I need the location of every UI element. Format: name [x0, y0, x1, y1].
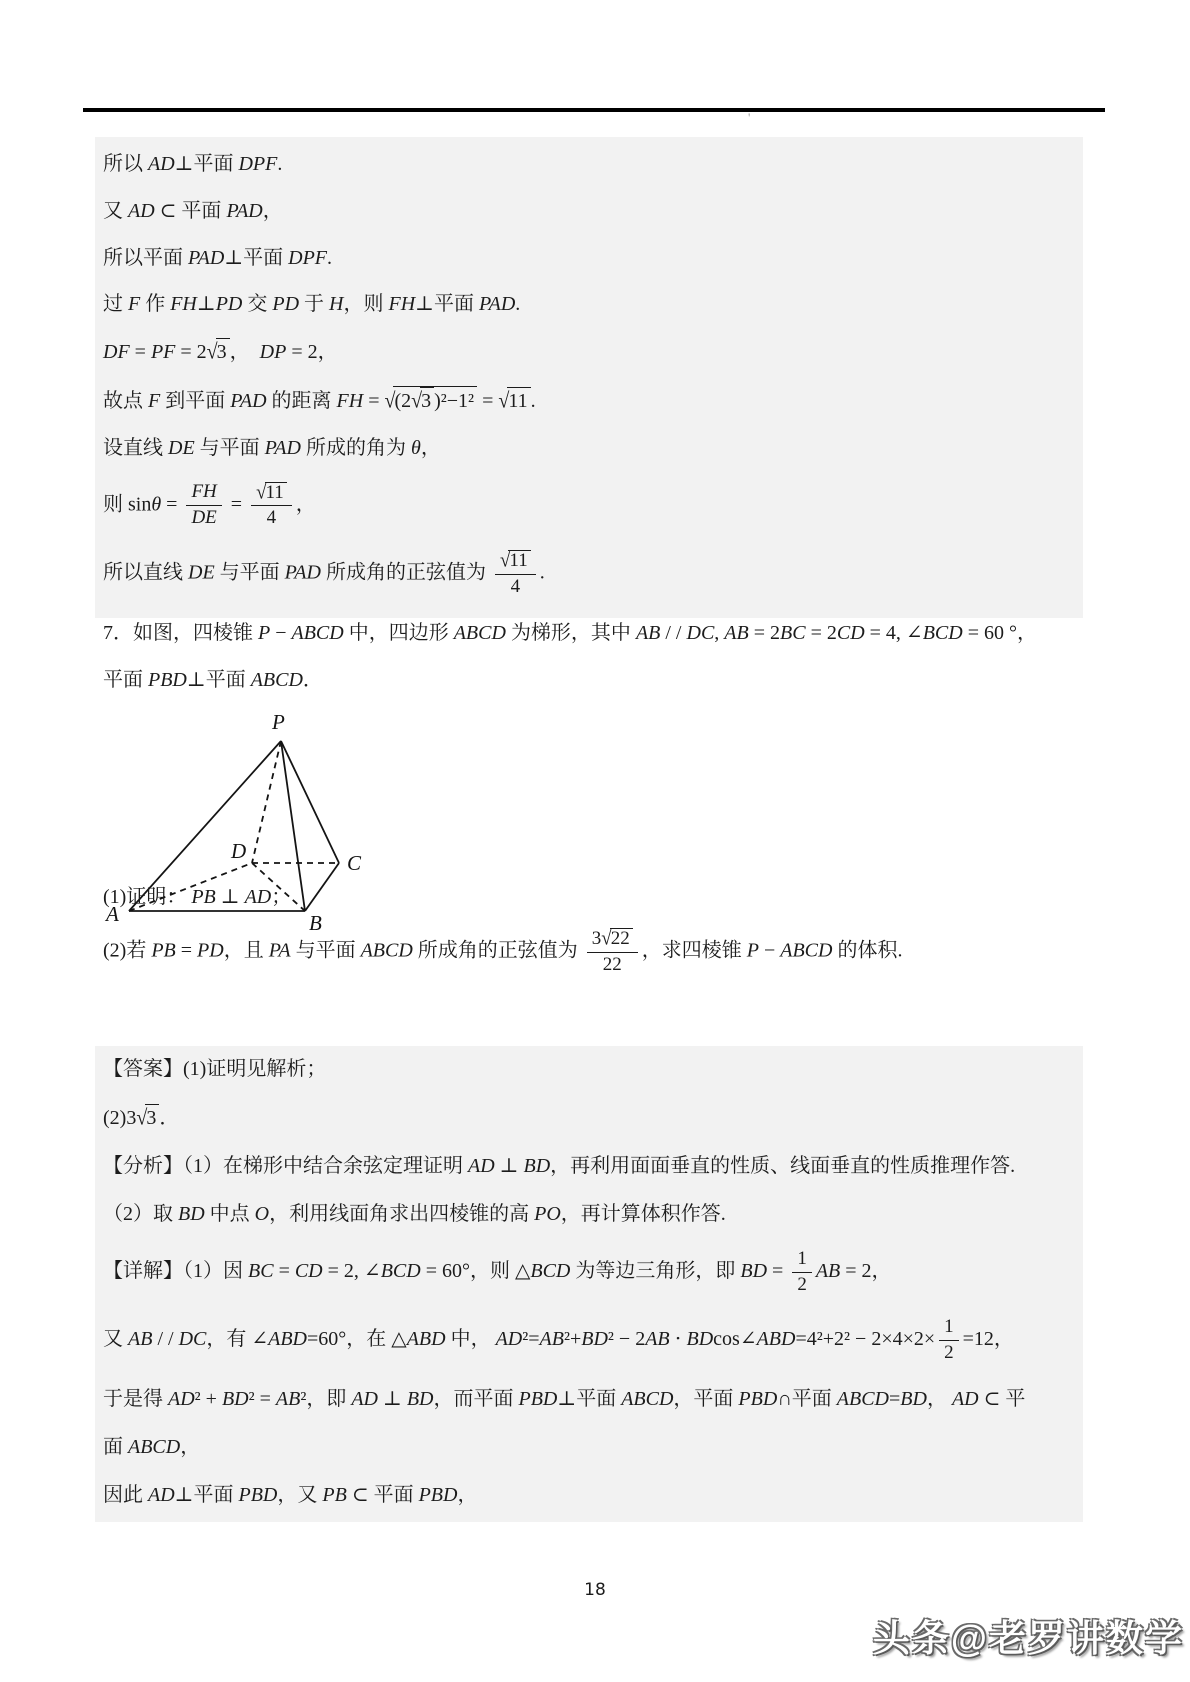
solution-line: 故点 F 到平面 PAD 的距离 FH = √(2√3)²−1² = √11.	[103, 386, 1073, 414]
solution-line: 所以 AD⊥平面 DPF.	[103, 151, 1073, 177]
edge-BC	[305, 863, 339, 911]
vertex-label-p: P	[271, 710, 285, 734]
stray-mark: '	[748, 110, 750, 126]
previous-solution-block: 所以 AD⊥平面 DPF. 又 AD ⊂ 平面 PAD， 所以平面 PAD⊥平面…	[95, 137, 1083, 618]
solution-line: 则 sinθ = FHDE = √114，	[103, 482, 1073, 530]
solution-line: DF = PF = 2√3， DP = 2，	[103, 338, 1073, 365]
question-part1: (1)证明： PB ⊥ AD；	[103, 884, 291, 910]
edge-PD	[252, 741, 281, 863]
solution-line: 所以直线 DE 与平面 PAD 所成角的正弦值为 √114.	[103, 550, 1073, 598]
solution-line: 又 AD ⊂ 平面 PAD，	[103, 198, 1073, 224]
answer-line: 【答案】(1)证明见解析；	[103, 1056, 1073, 1082]
detail-line: 于是得 AD² + BD² = AB²，即 AD ⊥ BD，而平面 PBD⊥平面…	[103, 1386, 1073, 1412]
detail-line: 面 ABCD，	[103, 1434, 1073, 1460]
answer-block: 【答案】(1)证明见解析； (2)3√3． 【分析】（1）在梯形中结合余弦定理证…	[95, 1046, 1083, 1522]
solution-line: 过 F 作 FH⊥PD 交 PD 于 H，则 FH⊥平面 PAD.	[103, 291, 1073, 317]
solution-line: 设直线 DE 与平面 PAD 所成的角为 θ，	[103, 435, 1073, 461]
detail-line: 又 AB / / DC，有 ∠ABD=60°，在 △ABD 中， AD²=AB²…	[103, 1317, 1073, 1364]
watermark: 头条@老罗讲数学	[873, 1608, 1184, 1662]
question-intro: 7．如图，四棱锥 P − ABCD 中，四边形 ABCD 为梯形，其中 AB /…	[103, 620, 1115, 646]
page-number: 18	[0, 1580, 1190, 1600]
analysis-line: （2）取 BD 中点 O，利用线面角求出四棱锥的高 PO，再计算体积作答.	[103, 1201, 1073, 1227]
top-rule	[83, 108, 1105, 112]
vertex-label-d: D	[230, 839, 246, 863]
detail-line: 【详解】（1）因 BC = CD = 2, ∠BCD = 60°，则 △BCD …	[103, 1249, 1073, 1296]
question-part2: (2)若 PB = PD，且 PA 与平面 ABCD 所成角的正弦值为 3√22…	[103, 928, 902, 976]
vertex-label-c: C	[347, 851, 362, 875]
analysis-line: 【分析】（1）在梯形中结合余弦定理证明 AD ⊥ BD，再利用面面垂直的性质、线…	[103, 1153, 1073, 1179]
detail-line: 因此 AD⊥平面 PBD，又 PB ⊂ 平面 PBD，	[103, 1482, 1073, 1508]
question-line2: 平面 PBD⊥平面 ABCD．	[103, 667, 1115, 693]
answer-line: (2)3√3．	[103, 1104, 1073, 1131]
solution-line: 所以平面 PAD⊥平面 DPF.	[103, 245, 1073, 271]
